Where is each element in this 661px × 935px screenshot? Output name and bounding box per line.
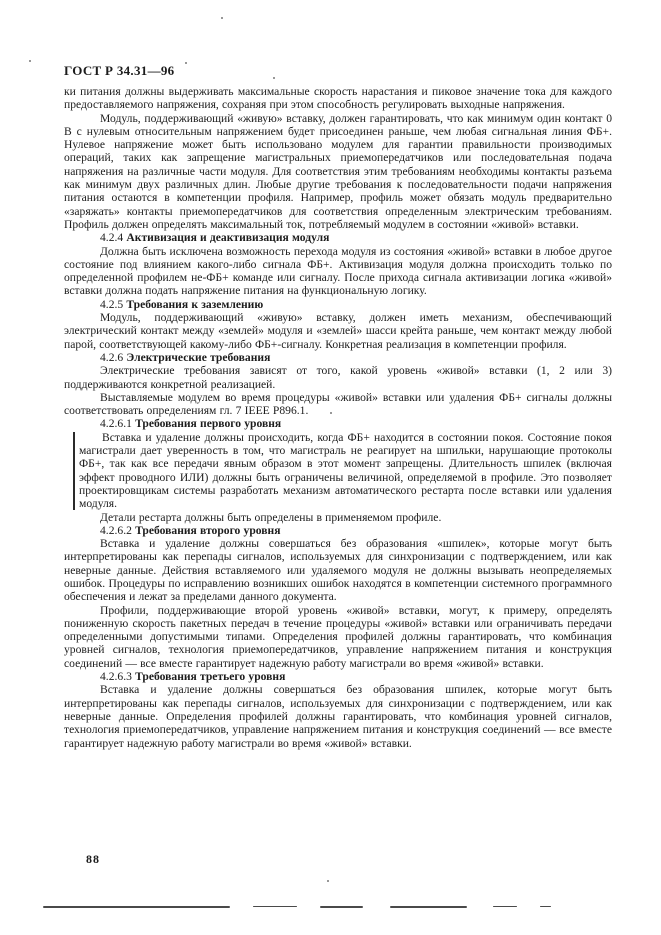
scan-artifact-dash — [253, 906, 297, 907]
scan-artifact-dash — [540, 906, 551, 907]
paragraph: Выставляемые модулем во время процедуры … — [64, 391, 612, 418]
scan-artifact-dash — [390, 906, 467, 908]
section-heading: 4.2.6.2 Требования второго уровня — [64, 524, 612, 537]
section-number: 4.2.6.3 — [100, 670, 132, 683]
document-page: ГОСТ Р 34.31—96 ки питания должны выдерж… — [0, 0, 661, 935]
section-title: Требования к заземлению — [126, 298, 263, 311]
scan-speck — [273, 77, 275, 79]
section-heading: 4.2.4 Активизация и деактивизация модуля — [64, 231, 612, 244]
running-header-standard-number: ГОСТ Р 34.31—96 — [64, 63, 174, 79]
scan-speck — [29, 60, 31, 62]
paragraph: Профили, поддерживающие второй уровень «… — [64, 604, 612, 670]
section-number: 4.2.5 — [100, 298, 123, 311]
scan-speck — [185, 62, 187, 64]
section-title: Требования второго уровня — [135, 524, 280, 537]
paragraph: Электрические требования зависят от того… — [64, 364, 612, 391]
section-title: Требования первого уровня — [135, 417, 281, 430]
scan-artifact-dash — [43, 906, 230, 908]
section-title: Требования третьего уровня — [135, 670, 285, 683]
section-title: Электрические требования — [126, 351, 270, 364]
paragraph: Детали рестарта должны быть определены в… — [64, 511, 612, 524]
paragraph-continuation: ки питания должны выдерживать максимальн… — [64, 85, 612, 112]
section-heading: 4.2.6.1 Требования первого уровня — [64, 417, 612, 430]
document-body: ки питания должны выдерживать максимальн… — [64, 85, 612, 750]
paragraph: Вставка и удаление должны совершаться бе… — [64, 683, 612, 749]
scan-artifact-dash — [320, 906, 363, 908]
scan-speck — [221, 17, 223, 19]
section-number: 4.2.4 — [100, 231, 123, 244]
page-number: 88 — [86, 852, 100, 867]
section-number: 4.2.6.1 — [100, 417, 132, 430]
paragraph: Вставка и удаление должны совершаться бе… — [64, 537, 612, 603]
paragraph-change-marked: Вставка и удаление должны происходить, к… — [79, 431, 612, 511]
section-number: 4.2.6 — [100, 351, 123, 364]
section-title: Активизация и деактивизация модуля — [126, 231, 329, 244]
section-heading: 4.2.6.3 Требования третьего уровня — [64, 670, 612, 683]
section-heading: 4.2.6 Электрические требования — [64, 351, 612, 364]
scan-artifact-dash — [493, 906, 517, 907]
section-heading: 4.2.5 Требования к заземлению — [64, 298, 612, 311]
scan-speck — [330, 412, 332, 414]
section-number: 4.2.6.2 — [100, 524, 132, 537]
scan-speck — [327, 880, 329, 882]
paragraph: Должна быть исключена возможность перехо… — [64, 245, 612, 298]
paragraph: Модуль, поддерживающий «живую» вставку, … — [64, 112, 612, 232]
paragraph: Модуль, поддерживающий «живую» вставку, … — [64, 311, 612, 351]
